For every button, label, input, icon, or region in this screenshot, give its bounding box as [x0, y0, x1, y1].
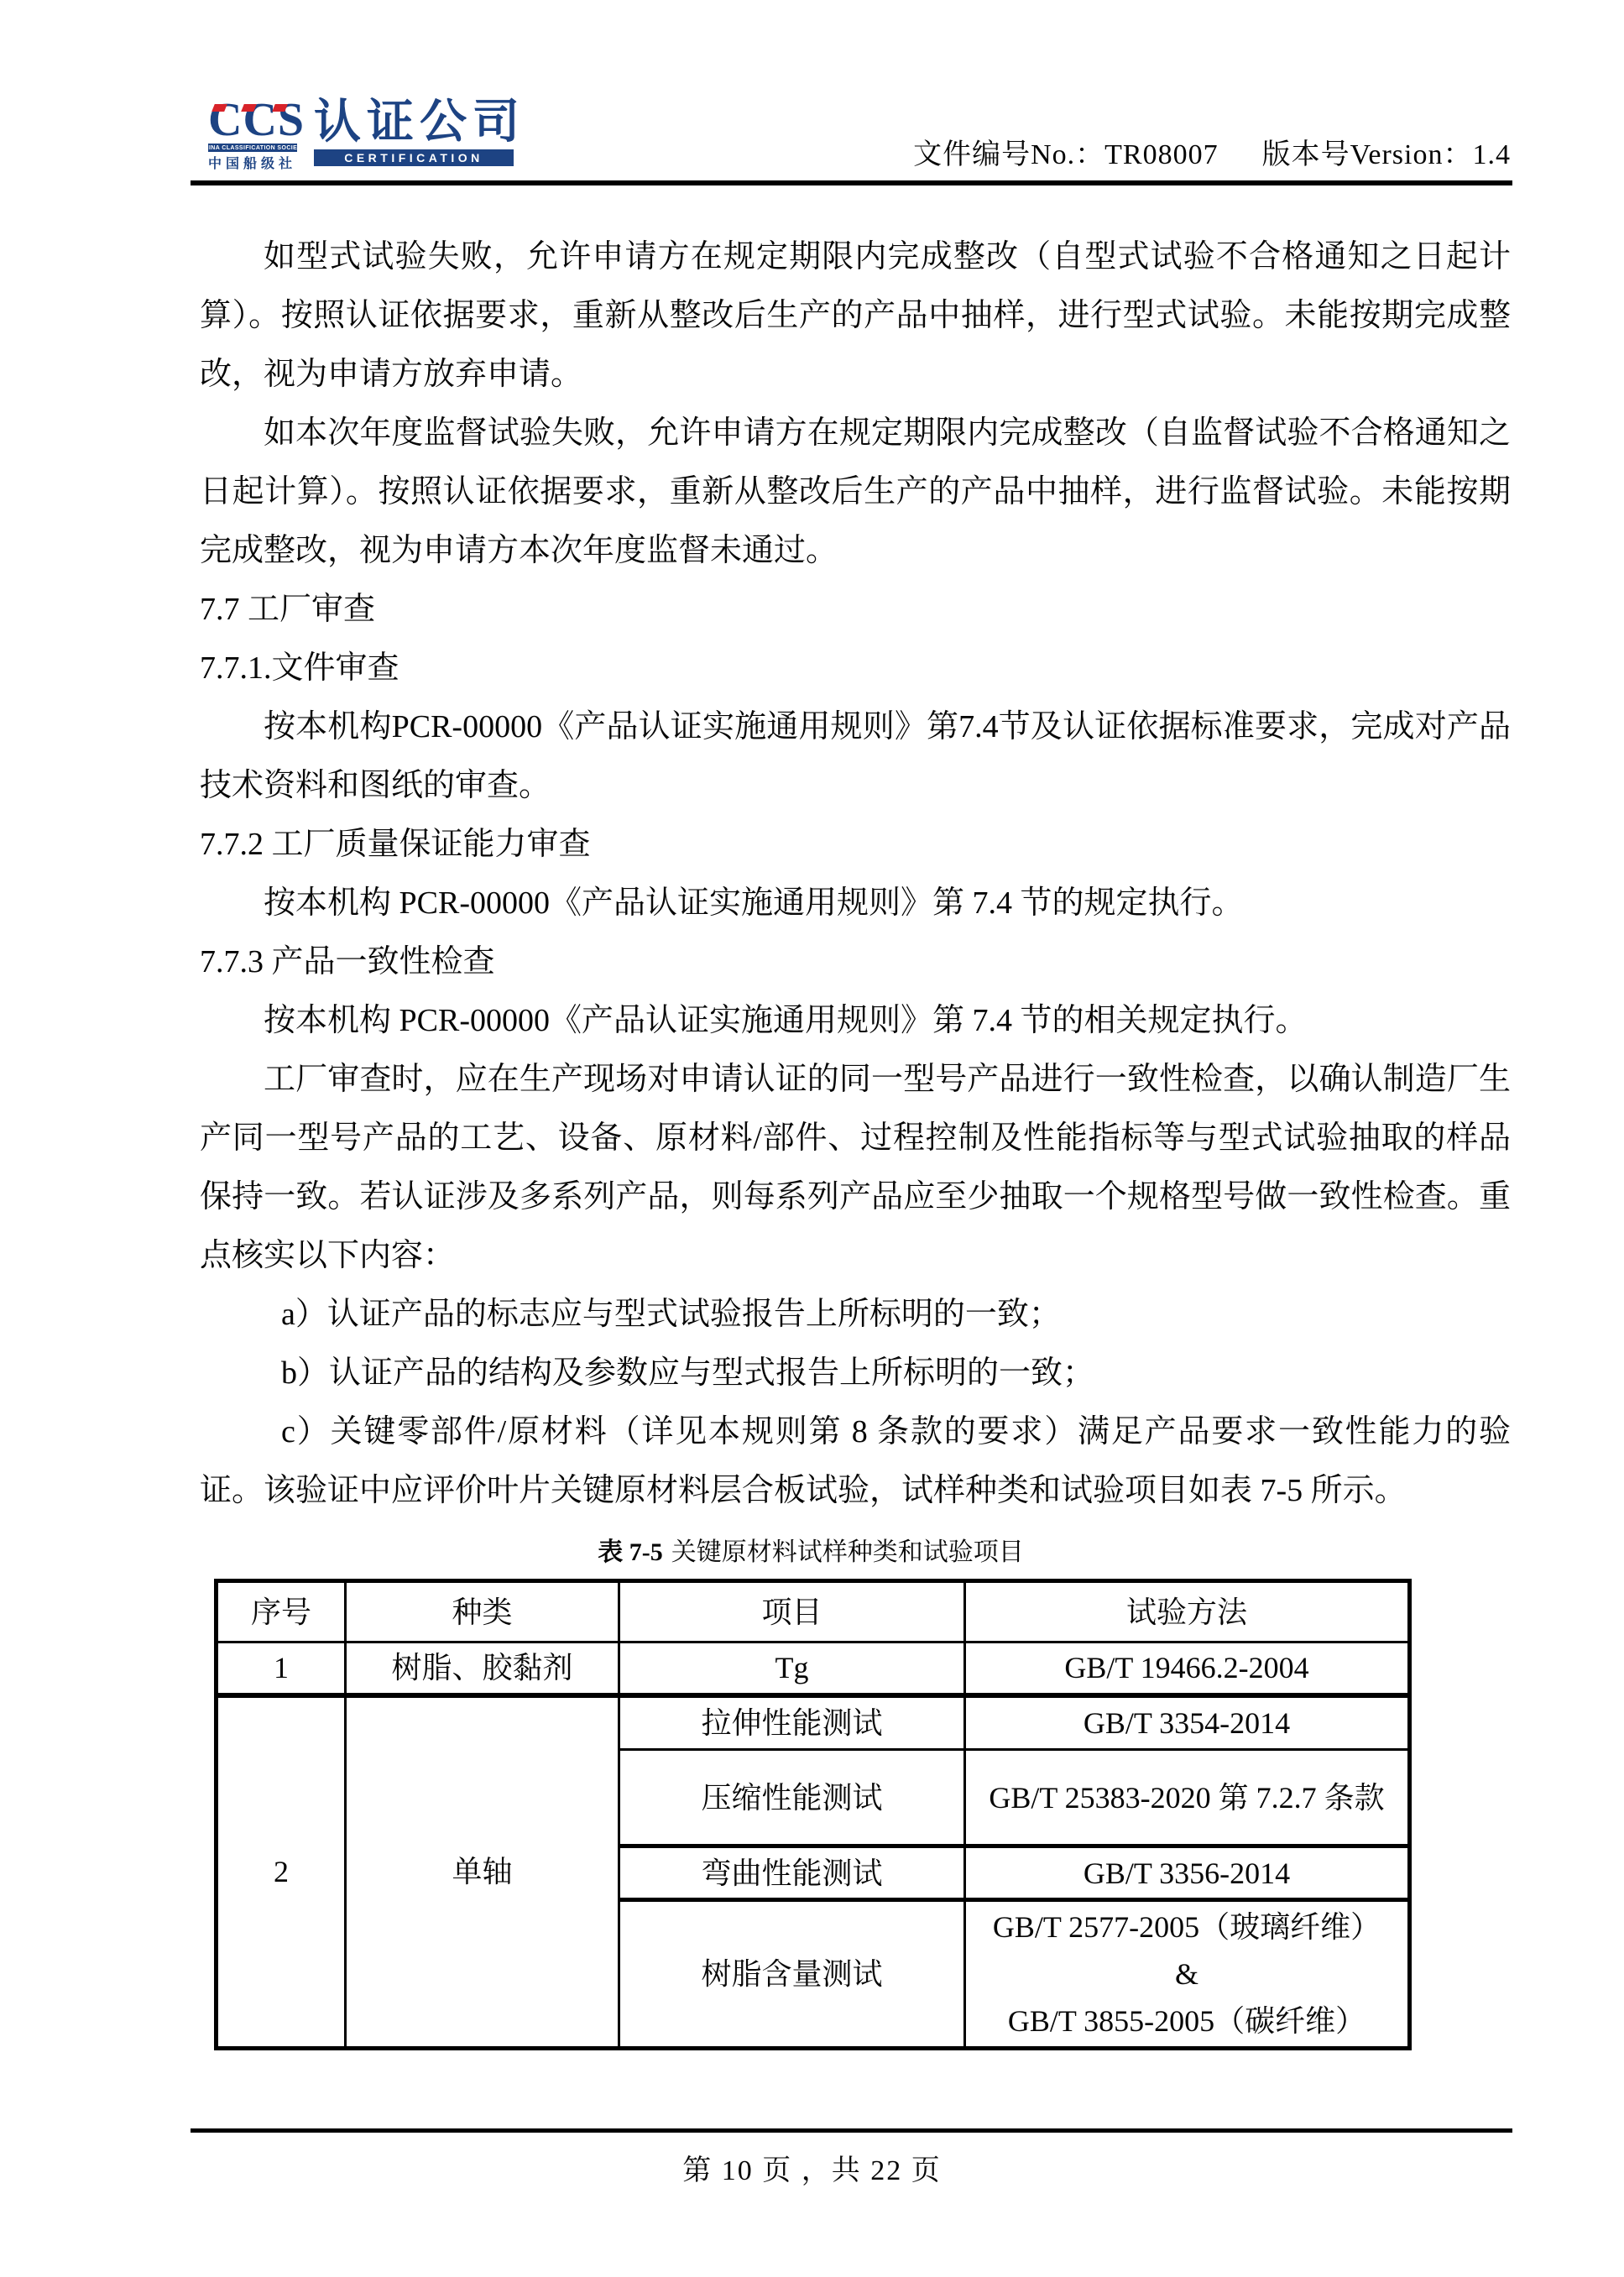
heading-7-7-1: 7.7.1.文件审查	[200, 639, 1511, 697]
cell-method-resin-content: GB/T 2577-2005（玻璃纤维） & GB/T 3855-2005（碳纤…	[965, 1900, 1410, 2049]
table-caption-title: 关键原材料试样种类和试验项目	[671, 1538, 1024, 1566]
document-page: CCS CHINA CLASSIFICATION SOCIETY 中国船级社 认…	[0, 0, 1624, 2277]
col-header-item: 项目	[619, 1581, 965, 1642]
paragraph-type-test-fail: 如型式试验失败，允许申请方在规定期限内完成整改（自型式试验不合格通知之日起计算）…	[200, 227, 1511, 404]
cell-item-tg: Tg	[619, 1642, 965, 1695]
certification-banner: CERTIFICATION	[314, 149, 514, 166]
heading-7-7-2: 7.7.2 工厂质量保证能力审查	[200, 815, 1511, 874]
table-row: 1 树脂、胶黏剂 Tg GB/T 19466.2-2004	[217, 1642, 1410, 1695]
document-body: 如型式试验失败，允许申请方在规定期限内完成整改（自型式试验不合格通知之日起计算）…	[200, 227, 1511, 2050]
table-row: 2 单轴 拉伸性能测试 GB/T 3354-2014	[217, 1695, 1410, 1750]
paragraph-7-7-1: 按本机构PCR-00000《产品认证实施通用规则》第7.4节及认证依据标准要求，…	[200, 697, 1511, 815]
paragraph-factory-audit: 工厂审查时，应在生产现场对申请认证的同一型号产品进行一致性检查，以确认制造厂生产…	[200, 1050, 1511, 1285]
table-header-row: 序号 种类 项目 试验方法	[217, 1581, 1410, 1642]
table-caption: 表 7-5关键原材料试样种类和试验项目	[214, 1533, 1407, 1572]
header-divider-line	[191, 180, 1512, 185]
cell-method-tg: GB/T 19466.2-2004	[965, 1642, 1410, 1695]
cell-kind-resin: 树脂、胶黏剂	[346, 1642, 619, 1695]
paragraph-supervision-fail: 如本次年度监督试验失败，允许申请方在规定期限内完成整改（自监督试验不合格通知之日…	[200, 404, 1511, 580]
ccs-logo: CCS CHINA CLASSIFICATION SOCIETY 中国船级社 认…	[208, 99, 525, 172]
cell-item-resin-content: 树脂含量测试	[619, 1900, 965, 2049]
materials-test-table: 序号 种类 项目 试验方法 1 树脂、胶黏剂 Tg GB/T 19466.2-2…	[214, 1579, 1412, 2050]
col-header-seq: 序号	[217, 1581, 346, 1642]
cell-item-tensile: 拉伸性能测试	[619, 1695, 965, 1750]
cell-kind-uniaxial: 单轴	[346, 1695, 619, 2049]
paragraph-7-7-3: 按本机构 PCR-00000《产品认证实施通用规则》第 7.4 节的相关规定执行…	[200, 991, 1511, 1050]
ccs-letters: CCS	[208, 94, 305, 146]
cell-method-bending: GB/T 3356-2014	[965, 1846, 1410, 1900]
ccs-logo-text: CCS	[208, 99, 302, 141]
table-caption-number: 表 7-5	[598, 1538, 663, 1566]
list-item-c: c）关键零部件/原材料（详见本规则第 8 条款的要求）满足产品要求一致性能力的验…	[200, 1402, 1511, 1520]
doc-no-label: 文件编号No.：	[913, 139, 1104, 170]
col-header-method: 试验方法	[965, 1581, 1410, 1642]
list-item-b: b）认证产品的结构及参数应与型式报告上所标明的一致；	[200, 1344, 1511, 1402]
ccs-logo-left: CCS CHINA CLASSIFICATION SOCIETY 中国船级社	[208, 99, 302, 172]
cell-seq-1: 1	[217, 1642, 346, 1695]
heading-7-7-3: 7.7.3 产品一致性检查	[200, 932, 1511, 991]
cell-method-compression: GB/T 25383-2020 第 7.2.7 条款	[965, 1750, 1410, 1846]
col-header-kind: 种类	[346, 1581, 619, 1642]
version-value: 1.4	[1473, 139, 1512, 170]
company-cn-label: 认证公司	[314, 99, 525, 146]
doc-no-value: TR08007	[1104, 139, 1218, 170]
document-number-line: 文件编号No.：TR08007版本号Version：1.4	[913, 131, 1511, 172]
society-cn-label: 中国船级社	[208, 153, 302, 172]
version-label: 版本号Version：	[1262, 139, 1473, 170]
paragraph-7-7-2: 按本机构 PCR-00000《产品认证实施通用规则》第 7.4 节的规定执行。	[200, 874, 1511, 932]
list-item-a: a）认证产品的标志应与型式试验报告上所标明的一致；	[200, 1285, 1511, 1344]
cell-item-bending: 弯曲性能测试	[619, 1846, 965, 1900]
cell-seq-2: 2	[217, 1695, 346, 2049]
ccs-logo-right: 认证公司 CERTIFICATION	[314, 99, 525, 166]
cell-item-compression: 压缩性能测试	[619, 1750, 965, 1846]
footer-divider-line	[191, 2128, 1512, 2133]
heading-7-7: 7.7 工厂审查	[200, 580, 1511, 639]
cell-method-tensile: GB/T 3354-2014	[965, 1695, 1410, 1750]
page-number: 第 10 页 ，共 22 页	[0, 2147, 1624, 2188]
